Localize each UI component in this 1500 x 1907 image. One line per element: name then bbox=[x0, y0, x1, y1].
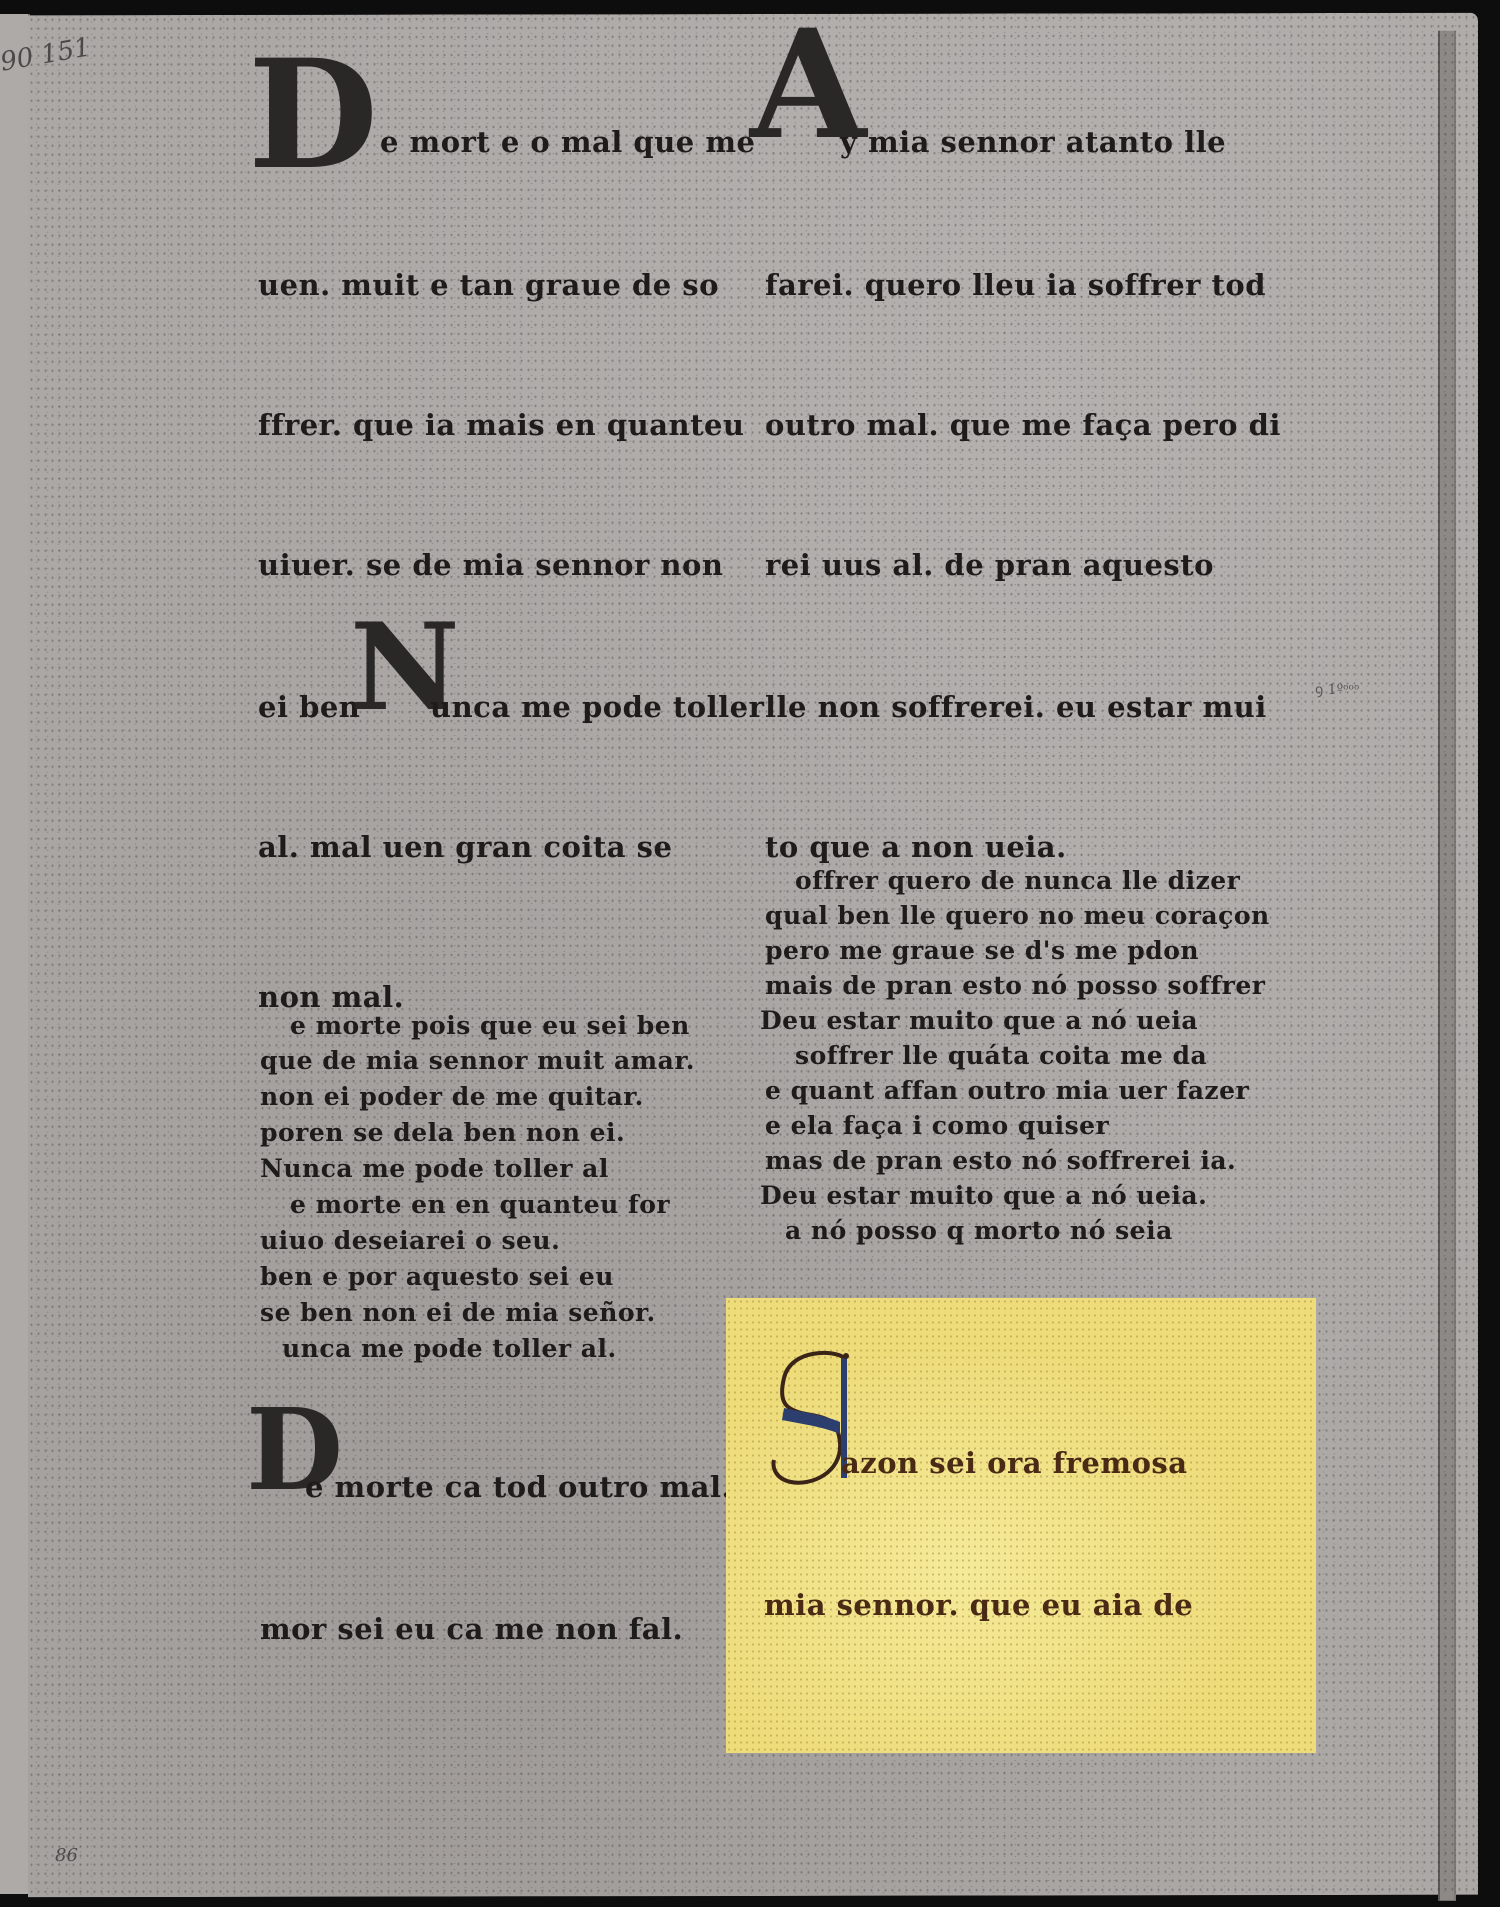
initial-D: D bbox=[248, 40, 378, 190]
verse-line: pero me graue se d's me pdon bbox=[765, 938, 1199, 963]
verse-line: farei. quero lleu ia soffrer tod bbox=[765, 268, 1266, 302]
left-page-edge bbox=[0, 14, 30, 1894]
verse-line: uiuo deseiarei o seu. bbox=[260, 1228, 560, 1253]
verse-line: lle non soffrerei. eu estar mui bbox=[765, 690, 1267, 724]
verse-line: que de mia sennor muit amar. bbox=[260, 1048, 695, 1073]
verse-line: a nó posso q morto nó seia bbox=[785, 1218, 1173, 1243]
verse-line: e morte en en quanteu for bbox=[290, 1192, 670, 1217]
verse-line: Deu estar muito que a nó ueia. bbox=[760, 1183, 1207, 1208]
verse-line: ffrer. que ia mais en quanteu bbox=[258, 408, 745, 442]
verse-line: qual ben lle quero no meu coraçon bbox=[765, 903, 1270, 928]
verse-line: ei ben bbox=[258, 690, 360, 724]
verse-line: mor sei eu ca me non fal. bbox=[260, 1612, 683, 1646]
verse-line: e quant affan outro mia uer fazer bbox=[765, 1078, 1249, 1103]
verse-line: mais de pran esto nó posso soffrer bbox=[765, 973, 1265, 998]
verse-line: e morte ca tod outro mal. da bbox=[305, 1470, 783, 1504]
verse-line: Nunca me pode toller al bbox=[260, 1156, 609, 1181]
verse-line: al. mal uen gran coita se bbox=[258, 830, 672, 864]
verse-line: uiuer. se de mia sennor non bbox=[258, 548, 723, 582]
verse-line: e ela faça i como quiser bbox=[765, 1113, 1109, 1138]
margin-annotation: ꝯ 1ºᵒᵒᵒ bbox=[1315, 680, 1359, 699]
verse-line: mia sennor. que eu aia de bbox=[764, 1588, 1193, 1622]
verse-line: y mia sennor atanto lle bbox=[840, 125, 1226, 159]
highlighted-region: azon sei ora fremosa mia sennor. que eu … bbox=[726, 1298, 1316, 1753]
verse-line: se ben non ei de mia señor. bbox=[260, 1300, 656, 1325]
verse-line-refrain: unca me pode toller bbox=[430, 690, 764, 724]
verse-line: outro mal. que me faça pero di bbox=[765, 408, 1281, 442]
verse-line: offrer quero de nunca lle dizer bbox=[795, 868, 1240, 893]
verse-line: rei uus al. de pran aquesto bbox=[765, 548, 1214, 582]
verse-line: uen. muit e tan graue de so bbox=[258, 268, 719, 302]
folio-number-bottom: 86 bbox=[55, 1845, 78, 1866]
verse-line: Deu estar muito que a nó ueia bbox=[760, 1008, 1198, 1033]
verse-line: poren se dela ben non ei. bbox=[260, 1120, 625, 1145]
verse-line: unca me pode toller al. bbox=[282, 1336, 617, 1361]
verse-line: non ei poder de me quitar. bbox=[260, 1084, 644, 1109]
verse-line: azon sei ora fremosa bbox=[841, 1446, 1188, 1480]
verse-line: soffrer lle quáta coita me da bbox=[795, 1043, 1207, 1068]
verse-line: mas de pran esto nó soffrerei ia. bbox=[765, 1148, 1236, 1173]
verse-line: e mort e o mal que me bbox=[380, 125, 755, 159]
page-stack-edges bbox=[1438, 31, 1456, 1901]
verse-line: to que a non ueia. bbox=[765, 830, 1067, 864]
verse-line: e morte pois que eu sei ben bbox=[290, 1013, 690, 1038]
verse-line: non mal. bbox=[258, 980, 404, 1014]
verse-line: ben e por aquesto sei eu bbox=[260, 1264, 614, 1289]
